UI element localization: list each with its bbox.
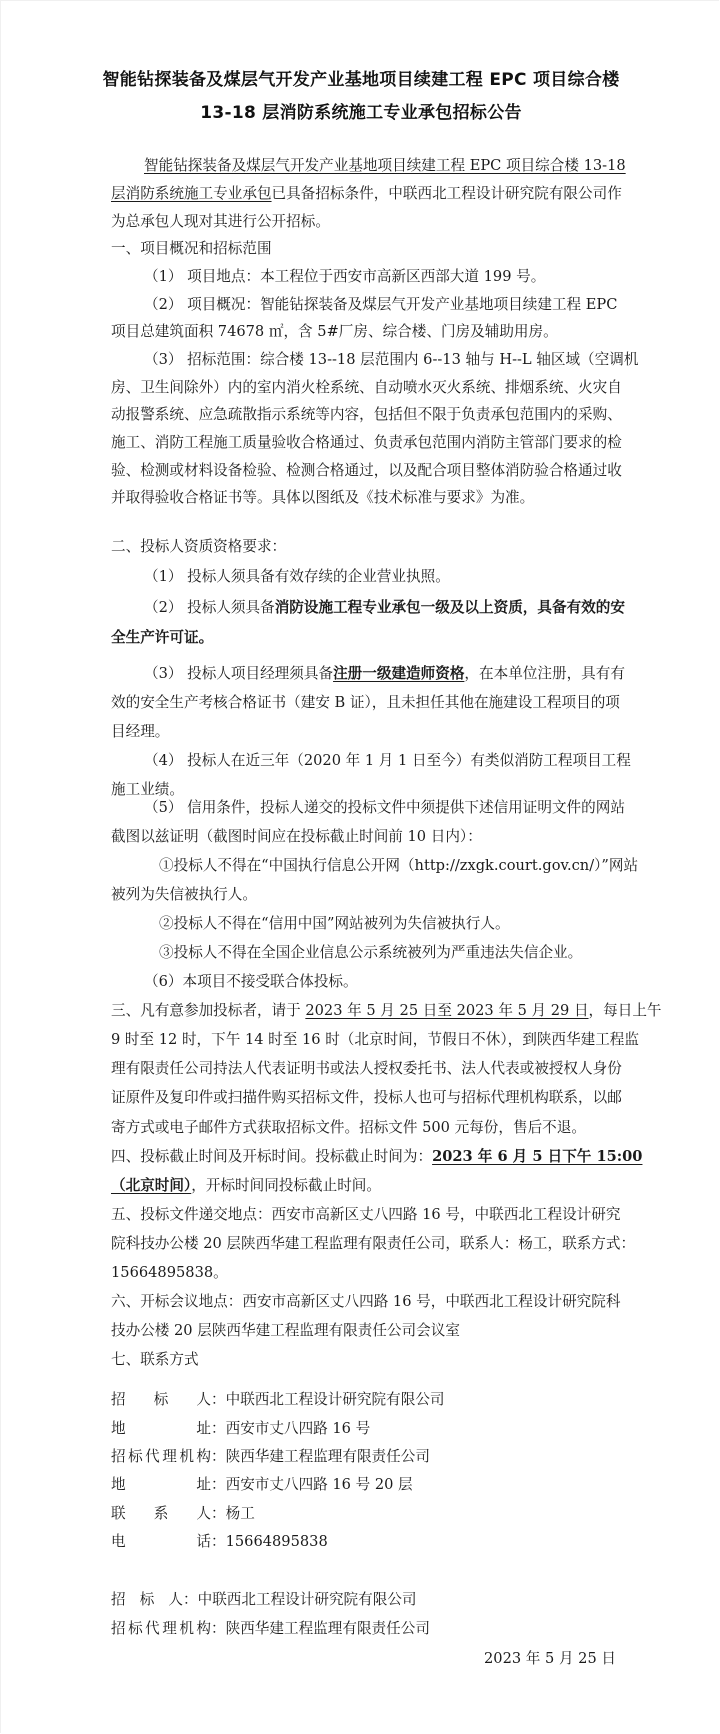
intro-project-name: 层消防系统施工专业承包 (111, 185, 272, 202)
pm-qualification: 注册一级建造师资格 (333, 665, 464, 682)
section2-item3-line1: （3） 投标人项目经理须具备注册一级建造师资格，在本单位注册，具有有 (144, 664, 616, 684)
section7-heading: 七、联系方式 (111, 1350, 616, 1370)
contact-row-address: 地址：西安市丈八四路 16 号 (111, 1419, 370, 1439)
section5-line3: 15664895838。 (111, 1263, 616, 1283)
intro-line-1: 智能钻探装备及煤层气开发产业基地项目续建工程 EPC 项目综合楼 13-18 (144, 156, 616, 176)
credit-condition-1-line2: 被列为失信被执行人。 (111, 885, 616, 905)
section1-item3-line3: 动报警系统、应急疏散指示系统等内容，包括但不限于负责承包范围内的采购、 (111, 405, 616, 425)
bid-deadline-timezone: （北京时间） (111, 1177, 191, 1194)
section3-line5: 寄方式或电子邮件方式获取招标文件。招标文件 500 元每份，售后不退。 (111, 1118, 616, 1138)
contact-row-phone: 电话：15664895838 (111, 1532, 328, 1552)
credit-condition-2: ②投标人不得在“信用中国”网站被列为失信被执行人。 (159, 914, 616, 934)
section1-heading: 一、项目概况和招标范围 (111, 239, 616, 259)
document-title-line2: 13-18 层消防系统施工专业承包招标公告 (1, 98, 720, 123)
contact-row-tenderer: 招标人：中联西北工程设计研究院有限公司 (111, 1390, 445, 1410)
section4-line1: 四、投标截止时间及开标时间。投标截止时间为：2023 年 6 月 5 日下午 1… (111, 1147, 616, 1167)
contact-row-person: 联系人：杨工 (111, 1504, 255, 1524)
sale-period: 2023 年 5 月 25 日至 2023 年 5 月 29 日 (305, 1002, 588, 1019)
section2-heading: 二、投标人资质资格要求： (111, 537, 616, 557)
bid-deadline: 2023 年 6 月 5 日下午 15:00 (432, 1148, 642, 1165)
section2-item3-line2: 效的安全生产考核合格证书（建安 B 证），且未担任其他在施建设工程项目的项 (111, 693, 616, 713)
intro-line-3: 为总承包人现对其进行公开招标。 (111, 212, 616, 232)
section2-item5-line1: （5） 信用条件，投标人递交的投标文件中须提供下述信用证明文件的网站 (144, 798, 616, 818)
section2-item4-line2: 施工业绩。 (111, 780, 616, 800)
section1-item2-line2: 项目总建筑面积 74678 ㎡，含 5#厂房、综合楼、门房及辅助用房。 (111, 322, 616, 342)
section3-line4: 证原件及复印件或扫描件购买招标文件，投标人也可与招标代理机构联系，以邮 (111, 1088, 616, 1108)
document-title-line1: 智能钻探装备及煤层气开发产业基地项目续建工程 EPC 项目综合楼 (1, 65, 720, 90)
section2-item6: （6）本项目不接受联合体投标。 (144, 972, 616, 992)
section3-line1: 三、凡有意参加投标者，请于 2023 年 5 月 25 日至 2023 年 5 … (111, 1001, 616, 1021)
section1-item2-line1: （2） 项目概况：智能钻探装备及煤层气开发产业基地项目续建工程 EPC (144, 295, 616, 315)
section5-line1: 五、投标文件递交地点：西安市高新区丈八四路 16 号，中联西北工程设计研究 (111, 1205, 616, 1225)
section6-line2: 技办公楼 20 层陕西华建工程监理有限责任公司会议室 (111, 1321, 616, 1341)
intro-line-2: 层消防系统施工专业承包已具备招标条件，中联西北工程设计研究院有限公司作 (111, 184, 616, 204)
section1-item1: （1） 项目地点：本工程位于西安市高新区西部大道 199 号。 (144, 267, 616, 287)
contact-row-agency: 招标代理机构：陕西华建工程监理有限责任公司 (111, 1447, 430, 1467)
section2-item4-line1: （4） 投标人在近三年（2020 年 1 月 1 日至今）有类似消防工程项目工程 (144, 751, 616, 771)
document-page: 智能钻探装备及煤层气开发产业基地项目续建工程 EPC 项目综合楼 13-18 层… (0, 0, 719, 1733)
section2-item3-line3: 目经理。 (111, 722, 616, 742)
section1-item3-line4: 施工、消防工程施工质量验收合格通过、负责承包范围内消防主管部门要求的检 (111, 433, 616, 453)
signature-agency: 招标代理机构：陕西华建工程监理有限责任公司 (111, 1619, 430, 1639)
credit-condition-1-line1: ①投标人不得在“中国执行信息公开网（http://zxgk.court.gov.… (159, 856, 616, 876)
section1-item3-line6: 并取得验收合格证书等。具体以图纸及《技术标准与要求》为准。 (111, 488, 616, 508)
section2-item1: （1） 投标人须具备有效存续的企业营业执照。 (144, 567, 616, 587)
required-qualification: 消防设施工程专业承包一级及以上资质，具备有效的安 (275, 599, 625, 616)
section2-item5-line2: 截图以兹证明（截图时间应在投标截止时间前 10 日内）： (111, 827, 616, 847)
section5-line2: 院科技办公楼 20 层陕西华建工程监理有限责任公司，联系人：杨工，联系方式： (111, 1234, 616, 1254)
section6-line1: 六、开标会议地点：西安市高新区丈八四路 16 号，中联西北工程设计研究院科 (111, 1292, 616, 1312)
section1-item3-line1: （3） 招标范围：综合楼 13--18 层范围内 6--13 轴与 H--L 轴… (144, 350, 616, 370)
contact-row-agency-address: 地址：西安市丈八四路 16 号 20 层 (111, 1475, 413, 1495)
section3-line2: 9 时至 12 时，下午 14 时至 16 时（北京时间，节假日不休），到陕西华… (111, 1030, 616, 1050)
section1-item3-line2: 房、卫生间除外）内的室内消火栓系统、自动喷水灭火系统、排烟系统、火灾自 (111, 378, 616, 398)
section4-line2: （北京时间），开标时间同投标截止时间。 (111, 1176, 616, 1196)
signature-date: 2023 年 5 月 25 日 (481, 1647, 616, 1668)
signature-tenderer: 招标人：中联西北工程设计研究院有限公司 (111, 1590, 417, 1610)
section3-line3: 理有限责任公司持法人代表证明书或法人授权委托书、法人代表或被授权人身份 (111, 1059, 616, 1079)
section1-item3-line5: 验、检测或材料设备检验、检测合格通过，以及配合项目整体消防验合格通过收 (111, 461, 616, 481)
section2-item2-line2: 全生产许可证。 (111, 628, 616, 648)
credit-condition-3: ③投标人不得在全国企业信息公示系统被列为严重违法失信企业。 (159, 943, 616, 963)
section2-item2-line1: （2） 投标人须具备消防设施工程专业承包一级及以上资质，具备有效的安 (144, 598, 616, 618)
